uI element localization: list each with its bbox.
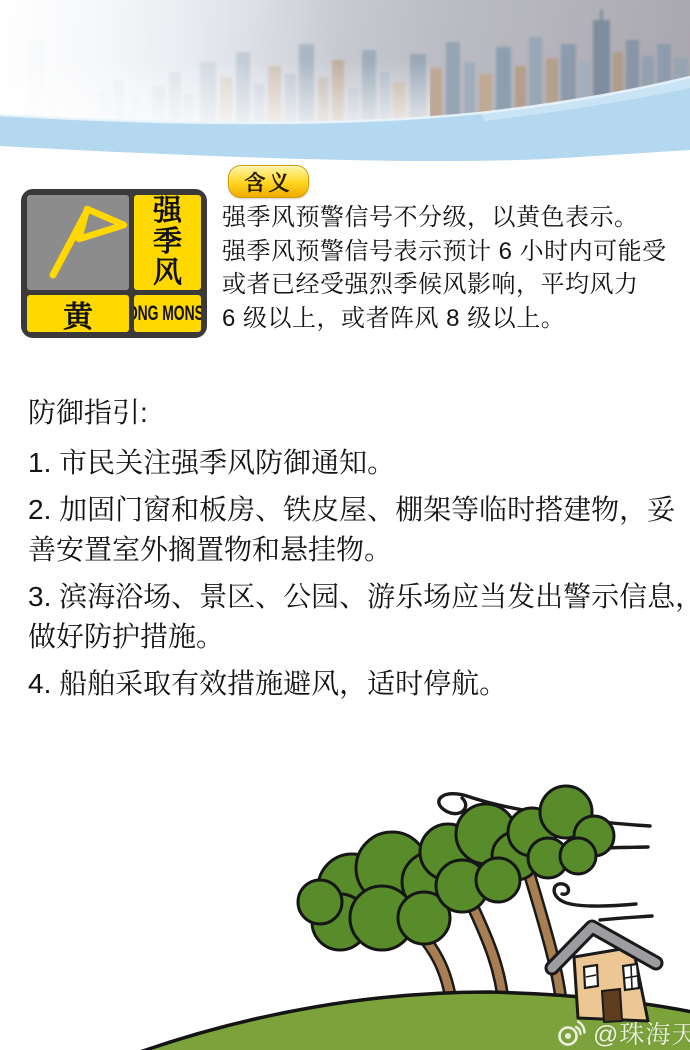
defense-guidelines: 防御指引: 1. 市民关注强季风防御通知。 2. 加固门窗和板房、铁皮屋、棚架等…	[28, 393, 690, 704]
meaning-line: 6 级以上，或者阵风 8 级以上。	[222, 302, 667, 336]
wind-illustration	[0, 760, 690, 1050]
tree-canopies	[298, 786, 614, 950]
watermark: @珠海天气	[556, 1015, 690, 1050]
city-skyline-photo	[0, 0, 690, 135]
photo-haze-bottom	[0, 60, 430, 135]
typhoon-flag-icon	[27, 195, 129, 290]
guideline-line: 善安置室外搁置物和悬挂物。	[28, 530, 690, 570]
meaning-line: 强季风预警信号不分级，以黄色表示。	[222, 201, 667, 235]
guideline-item: 1. 市民关注强季风防御通知。	[28, 443, 690, 483]
meaning-line: 或者已经受强烈季候风影响，平均风力	[222, 268, 667, 302]
sign-level-cell: 黄	[27, 295, 129, 332]
guideline-line: 3. 滨海浴场、景区、公园、游乐场应当发出警示信息，	[28, 577, 690, 617]
guideline-line: 2. 加固门窗和板房、铁皮屋、棚架等临时搭建物，妥	[28, 490, 690, 530]
warning-signal-sign: 强季风 黄 STRONG MONSOON	[21, 189, 207, 338]
sign-name-english: STRONG MONSOON	[134, 302, 201, 326]
meaning-paragraph: 强季风预警信号不分级，以黄色表示。 强季风预警信号表示预计 6 小时内可能受 或…	[222, 201, 667, 335]
guideline-item: 4. 船舶采取有效措施避风，适时停航。	[28, 664, 690, 704]
sign-name-vertical: 强季风	[152, 196, 184, 289]
watermark-account: @珠海天气	[593, 1015, 690, 1050]
weibo-icon	[556, 1019, 586, 1047]
sign-english-cell: STRONG MONSOON	[134, 295, 201, 332]
monsoon-warning-infographic: 强季风 黄 STRONG MONSOON 含义 强季风预警信号不分级，以黄色表示…	[0, 0, 690, 1050]
sign-name-cell: 强季风	[134, 195, 201, 290]
sign-level: 黄	[63, 295, 93, 332]
meaning-pill: 含义	[228, 165, 309, 198]
guideline-line: 做好防护措施。	[28, 617, 690, 657]
meaning-line: 强季风预警信号表示预计 6 小时内可能受	[222, 235, 667, 269]
flag-cell	[27, 195, 129, 290]
guideline-line: 1. 市民关注强季风防御通知。	[28, 443, 690, 483]
guideline-item: 2. 加固门窗和板房、铁皮屋、棚架等临时搭建物，妥 善安置室外搁置物和悬挂物。	[28, 490, 690, 570]
guidelines-title: 防御指引:	[28, 393, 690, 433]
guideline-item: 3. 滨海浴场、景区、公园、游乐场应当发出警示信息， 做好防护措施。	[28, 577, 690, 657]
guideline-line: 4. 船舶采取有效措施避风，适时停航。	[28, 664, 690, 704]
